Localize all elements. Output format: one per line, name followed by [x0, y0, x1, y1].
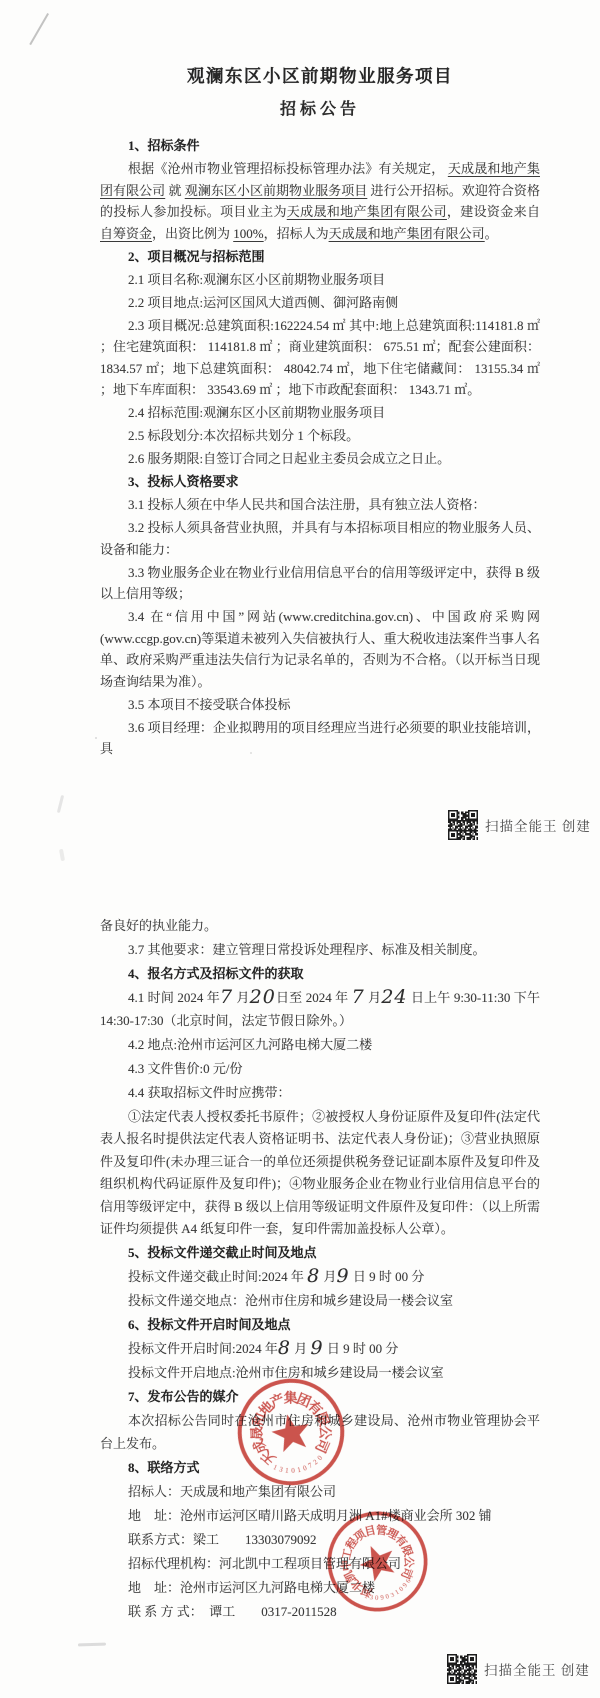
- paragraph: 地 址：沧州市运河区晴川路天成明月洲 A1#楼商业会所 302 铺: [100, 1505, 540, 1528]
- paragraph: 投标文件开启时间:2024 年8 月 9 日 9 时 00 分: [100, 1338, 540, 1361]
- watermark-label: 扫描全能王 创建: [485, 815, 591, 835]
- paragraph: 3.3 物业服务企业在物业行业信用信息平台的信用等级评定中，获得 B 级以上信用…: [100, 562, 540, 605]
- text-run: 2.4 招标范围:观澜东区小区前期物业服务项目: [128, 405, 385, 420]
- paragraph: 投标文件递交截止时间:2024 年 8 月9 日 9 时 00 分: [100, 1266, 540, 1289]
- underlined-text: 100%: [233, 226, 263, 241]
- paragraph: 3.1 投标人须在中华人民共和国合法注册，具有独立法人资格：: [100, 494, 540, 516]
- text-run: 3、投标人资格要求: [128, 474, 239, 489]
- text-run: 投标文件递交截止时间:2024 年: [128, 1269, 307, 1284]
- paragraph: 2.4 招标范围:观澜东区小区前期物业服务项目: [100, 402, 540, 424]
- page-1-body: 观澜东区小区前期物业服务项目 招标公告 1、招标条件根据《沧州市物业管理招标投标…: [100, 64, 540, 761]
- text-run: 月: [291, 1341, 311, 1356]
- section-heading: 4、报名方式及招标文件的获取: [100, 963, 540, 986]
- svg-text:0: 0: [316, 1454, 325, 1462]
- company-seal-bidder: 天成晟和地产集团有限公司131010720: [223, 1364, 358, 1499]
- scan-artifact: [57, 795, 64, 813]
- text-run: 联系方式：梁工 13303079092: [128, 1532, 317, 1547]
- paragraph: 2.6 服务期限:自签订合同之日起业主委员会成立之日止。: [100, 448, 540, 470]
- qr-code-graphic: [447, 1654, 477, 1684]
- text-run: ，建设资金来自: [447, 204, 540, 219]
- handwritten-text: 7: [352, 988, 365, 1007]
- scan-artifact: [95, 737, 97, 739]
- handwritten-text: 24: [381, 988, 407, 1007]
- svg-text:1: 1: [297, 1466, 303, 1475]
- text-run: ①法定代表人授权委托书原件；②被授权人身份证原件及复印件(法定代表人报名时提供法…: [100, 1109, 540, 1237]
- paragraph: ①法定代表人授权委托书原件；②被授权人身份证原件及复印件(法定代表人报名时提供法…: [100, 1106, 540, 1241]
- star-icon: [354, 1539, 400, 1584]
- text-run: 3.7 其他要求：建立管理日常投诉处理程序、标准及相关制度。: [128, 942, 486, 957]
- scanner-watermark: 扫描全能王 创建: [447, 1654, 590, 1684]
- qr-code-icon: [448, 810, 478, 840]
- text-run: 联 系 方 式： 谭工 0317-2011528: [128, 1604, 337, 1619]
- scanned-tender-announcement: 观澜东区小区前期物业服务项目 招标公告 1、招标条件根据《沧州市物业管理招标投标…: [0, 0, 600, 1698]
- section-heading: 1、招标条件: [100, 135, 540, 157]
- text-run: 3.6 项目经理：企业拟聘用的项目经理应当进行必须要的职业技能培训，具: [100, 720, 540, 757]
- watermark-label: 扫描全能王 创建: [484, 1659, 590, 1679]
- section-heading: 6、投标文件开启时间及地点: [100, 1314, 540, 1337]
- text-run: 5、投标文件递交截止时间及地点: [128, 1245, 317, 1260]
- handwritten-text: 7: [220, 988, 233, 1007]
- text-run: 1、招标条件: [128, 138, 200, 153]
- paragraph: 3.7 其他要求：建立管理日常投诉处理程序、标准及相关制度。: [100, 939, 540, 962]
- svg-text:1: 1: [272, 1463, 279, 1472]
- paragraph: 4.1 时间 2024 年7 月20日至 2024 年 7 月24 日上午 9:…: [100, 987, 540, 1032]
- text-run: 3.5 本项目不接受联合体投标: [128, 697, 291, 712]
- star-icon: [269, 1410, 314, 1453]
- text-run: 日至 2024 年: [276, 990, 352, 1005]
- text-run: 根据《沧州市物业管理招标投标管理办法》有关规定，: [128, 161, 448, 176]
- scan-artifact: [59, 849, 65, 862]
- text-run: ，出资比例为: [152, 226, 233, 241]
- section-heading: 3、投标人资格要求: [100, 471, 540, 493]
- paragraph: 3.4 在“信用中国”网站(www.creditchina.gov.cn)、中国…: [100, 606, 540, 692]
- paragraph: 2.5 标段划分:本次招标共划分 1 个标段。: [100, 425, 540, 447]
- svg-text:0: 0: [291, 1467, 295, 1475]
- page-subtitle: 招标公告: [100, 99, 540, 121]
- paragraph: 2.1 项目名称:观澜东区小区前期物业服务项目: [100, 269, 540, 291]
- text-run: 2、项目概况与招标范围: [128, 249, 265, 264]
- handwritten-text: 8: [278, 1339, 291, 1358]
- qr-code-graphic: [448, 810, 478, 840]
- text-run: 7、发布公告的媒介: [128, 1389, 239, 1404]
- paragraph: 联 系 方 式： 谭工 0317-2011528: [100, 1601, 540, 1624]
- text-run: 2.2 项目地点:运河区国风大道西侧、御河路南侧: [128, 295, 398, 310]
- text-run: 月: [365, 990, 382, 1005]
- handwritten-text: 8: [307, 1267, 320, 1286]
- seal-graphic: 天成晟和地产集团有限公司131010720: [223, 1364, 358, 1499]
- paragraph: 3.2 投标人须具备营业执照，并具有与本招标项目相应的物业服务人员、设备和能力：: [100, 517, 540, 560]
- text-run: 2.5 标段划分:本次招标共划分 1 个标段。: [128, 428, 359, 443]
- text-run: 4.4 获取招标文件时应携带：: [128, 1085, 291, 1100]
- text-run: 3.1 投标人须在中华人民共和国合法注册，具有独立法人资格：: [128, 497, 486, 512]
- text-run: 地 址：沧州市运河区晴川路天成明月洲 A1#楼商业会所 302 铺: [128, 1508, 492, 1523]
- text-run: 3.3 物业服务企业在物业行业信用信息平台的信用等级评定中，获得 B 级以上信用…: [100, 565, 540, 602]
- paragraph: 3.5 本项目不接受联合体投标: [100, 694, 540, 716]
- svg-text:0: 0: [375, 1595, 379, 1602]
- text-run: 8、联络方式: [128, 1460, 200, 1475]
- section-heading: 5、投标文件递交截止时间及地点: [100, 1242, 540, 1265]
- text-run: 4、报名方式及招标文件的获取: [128, 966, 304, 981]
- paragraph: 4.3 文件售价:0 元/份: [100, 1058, 540, 1081]
- handwritten-text: 20: [250, 988, 276, 1007]
- underlined-text: 天成晟和地产集团有限公司: [287, 204, 447, 219]
- underlined-text: 天成晟和地产集团有限公司: [329, 226, 485, 241]
- text-run: 就: [165, 183, 185, 198]
- section-heading: 2、项目概况与招标范围: [100, 246, 540, 268]
- text-run: 月: [233, 990, 250, 1005]
- text-run: 2.3 项目概况:总建筑面积:162224.54 ㎡ 其中:地上总建筑面积:11…: [100, 318, 540, 398]
- scan-artifact: [78, 1643, 106, 1647]
- paragraph: 3.6 项目经理：企业拟聘用的项目经理应当进行必须要的职业技能培训，具: [100, 717, 540, 760]
- handwritten-text: 9: [336, 1267, 349, 1286]
- underlined-text: 观澜东区小区前期物业服务项目: [185, 183, 367, 198]
- text-run: 4.1 时间 2024 年: [128, 990, 220, 1005]
- page-2-paragraphs: 备良好的执业能力。3.7 其他要求：建立管理日常投诉处理程序、标准及相关制度。4…: [100, 915, 540, 1623]
- text-run: 3.4 在“信用中国”网站(www.creditchina.gov.cn)、中国…: [100, 609, 540, 689]
- text-run: 6、投标文件开启时间及地点: [128, 1317, 291, 1332]
- svg-text:1: 1: [285, 1466, 290, 1474]
- handwritten-text: 9: [310, 1339, 323, 1358]
- page-2-body: 备良好的执业能力。3.7 其他要求：建立管理日常投诉处理程序、标准及相关制度。4…: [100, 915, 540, 1625]
- underlined-text: 自筹资金: [100, 226, 152, 241]
- paragraph: 4.2 地点:沧州市运河区九河路电梯大厦二楼: [100, 1034, 540, 1057]
- scanner-watermark: 扫描全能王 创建: [448, 810, 591, 840]
- svg-text:9: 9: [380, 1594, 385, 1601]
- svg-text:3: 3: [278, 1465, 284, 1474]
- text-run: 日 9 时 00 分: [350, 1269, 425, 1284]
- text-run: 投标文件递交地点：沧州市住房和城乡建设局一楼会议室: [128, 1293, 453, 1308]
- paragraph: 地 址：沧州市运河区九河路电梯大厦二楼: [100, 1577, 540, 1600]
- text-run: 。: [485, 226, 498, 241]
- paragraph: 2.3 项目概况:总建筑面积:162224.54 ㎡ 其中:地上总建筑面积:11…: [100, 315, 540, 401]
- paragraph: 投标文件递交地点：沧州市住房和城乡建设局一楼会议室: [100, 1290, 540, 1313]
- paragraph: 备良好的执业能力。: [100, 915, 540, 938]
- page-1-paragraphs: 1、招标条件根据《沧州市物业管理招标投标管理办法》有关规定， 天成晟和地产集团有…: [100, 135, 540, 760]
- page-title: 观澜东区小区前期物业服务项目: [100, 64, 540, 88]
- text-run: 4.2 地点:沧州市运河区九河路电梯大厦二楼: [128, 1037, 372, 1052]
- text-run: ，招标人为: [264, 226, 329, 241]
- svg-text:3: 3: [369, 1594, 374, 1602]
- text-run: 3.2 投标人须具备营业执照，并具有与本招标项目相应的物业服务人员、设备和能力：: [100, 520, 540, 557]
- text-run: 2.1 项目名称:观澜东区小区前期物业服务项目: [128, 272, 385, 287]
- paragraph: 4.4 获取招标文件时应携带：: [100, 1082, 540, 1105]
- text-run: 备良好的执业能力。: [100, 918, 217, 933]
- paragraph: 根据《沧州市物业管理招标投标管理办法》有关规定， 天成晟和地产集团有限公司 就 …: [100, 158, 540, 244]
- text-run: 2.6 服务期限:自签订合同之日起业主委员会成立之日止。: [128, 451, 450, 466]
- text-run: 日 9 时 00 分: [324, 1341, 399, 1356]
- text-run: 4.3 文件售价:0 元/份: [128, 1061, 242, 1076]
- scan-artifact: [30, 13, 49, 45]
- qr-code-icon: [447, 1654, 477, 1684]
- paragraph: 2.2 项目地点:运河区国风大道西侧、御河路南侧: [100, 292, 540, 314]
- text-run: 月: [320, 1269, 336, 1284]
- text-run: 投标文件开启时间:2024 年: [128, 1341, 278, 1356]
